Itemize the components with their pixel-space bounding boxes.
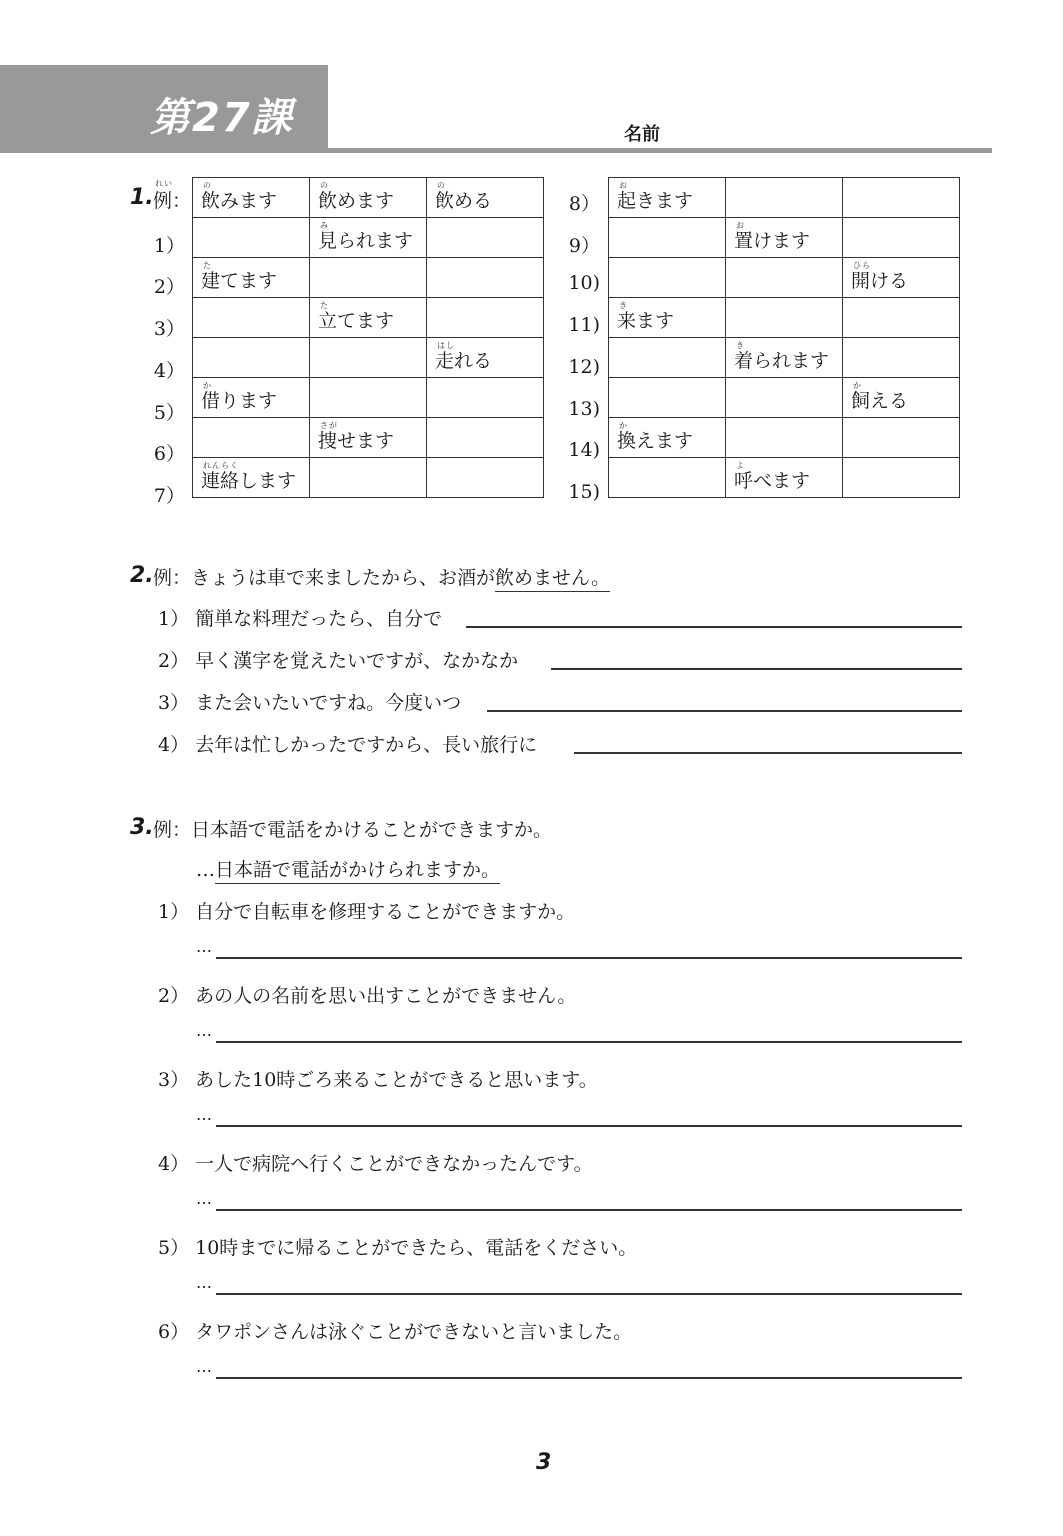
row-number-label: 5） bbox=[135, 398, 185, 425]
table-row: さが捜せます bbox=[193, 418, 544, 458]
row-number-label: 13) bbox=[550, 398, 600, 420]
table-row: み見られます bbox=[193, 218, 544, 258]
cell-text: 飼える bbox=[851, 390, 908, 412]
blank-answer-cell[interactable] bbox=[310, 338, 427, 378]
blank-answer-cell[interactable] bbox=[193, 298, 310, 338]
answer-ellipsis: … bbox=[196, 1357, 212, 1376]
furigana: き bbox=[619, 300, 628, 311]
blank-answer-cell[interactable] bbox=[609, 458, 726, 498]
section2-item: 3） また会いたいですね。今度いつ bbox=[158, 688, 461, 715]
cell-text: 見られます bbox=[318, 230, 413, 252]
blank-answer-cell[interactable] bbox=[726, 178, 843, 218]
table-cell: か飼える bbox=[843, 378, 960, 418]
section1-example-label: 例： bbox=[153, 186, 191, 213]
answer-line[interactable] bbox=[216, 957, 962, 959]
table-row: の飲みますの飲めますの飲める bbox=[193, 178, 544, 218]
table-cell: の飲めます bbox=[310, 178, 427, 218]
row-number-label: 11) bbox=[550, 314, 600, 336]
section2-item: 4） 去年は忙しかったですから、長い旅行に bbox=[158, 730, 537, 757]
table-row: よ呼べます bbox=[609, 458, 960, 498]
table-row: ひら開ける bbox=[609, 258, 960, 298]
table-cell: み見られます bbox=[310, 218, 427, 258]
table-cell: か借ります bbox=[193, 378, 310, 418]
answer-ellipsis: … bbox=[196, 1189, 212, 1208]
conjugation-table-right: お起きますお置けますひら開けるき来ますき着られますか飼えるか換えますよ呼べます bbox=[608, 177, 960, 498]
blank-answer-cell[interactable] bbox=[427, 258, 544, 298]
table-row: き着られます bbox=[609, 338, 960, 378]
answer-line[interactable] bbox=[216, 1293, 962, 1295]
conjugation-table-left: の飲みますの飲めますの飲めるみ見られますた建てますた立てますはし走れるか借ります… bbox=[192, 177, 544, 498]
table-cell: き来ます bbox=[609, 298, 726, 338]
furigana: れんらく bbox=[203, 460, 239, 471]
section2-number: 2. bbox=[130, 563, 154, 588]
header-rule bbox=[328, 148, 992, 153]
cell-text: 起きます bbox=[617, 190, 693, 212]
answer-line[interactable] bbox=[216, 1125, 962, 1127]
row-number-label: 6） bbox=[135, 439, 185, 466]
row-number-label: 1） bbox=[135, 231, 185, 258]
blank-answer-cell[interactable] bbox=[427, 418, 544, 458]
row-number-label: 2） bbox=[135, 272, 185, 299]
answer-line[interactable] bbox=[216, 1377, 962, 1379]
table-cell: き着られます bbox=[726, 338, 843, 378]
blank-answer-cell[interactable] bbox=[726, 258, 843, 298]
furigana: ひら bbox=[853, 260, 871, 271]
row-number-label: 9） bbox=[550, 231, 600, 258]
table-cell: た立てます bbox=[310, 298, 427, 338]
furigana: の bbox=[320, 180, 329, 191]
cell-text: 着られます bbox=[734, 350, 829, 372]
table-cell: ひら開ける bbox=[843, 258, 960, 298]
section2-example-answer: 飲めません。 bbox=[495, 567, 610, 592]
section3-item: 5） 10時までに帰ることができたら、電話をください。 bbox=[158, 1233, 637, 1260]
lesson-title: 第27課 bbox=[150, 86, 294, 143]
blank-answer-cell[interactable] bbox=[427, 378, 544, 418]
table-row: た建てます bbox=[193, 258, 544, 298]
row-number-label: 4） bbox=[135, 356, 185, 383]
table-row: か換えます bbox=[609, 418, 960, 458]
cell-text: 来ます bbox=[617, 310, 674, 332]
furigana: み bbox=[320, 220, 329, 231]
blank-answer-cell[interactable] bbox=[193, 218, 310, 258]
answer-line[interactable] bbox=[551, 668, 962, 670]
blank-answer-cell[interactable] bbox=[310, 458, 427, 498]
table-cell: よ呼べます bbox=[726, 458, 843, 498]
name-label: 名前 bbox=[624, 120, 660, 146]
answer-line[interactable] bbox=[216, 1209, 962, 1211]
cell-text: 開ける bbox=[851, 270, 908, 292]
section2-example: 例：きょうは車で来ましたから、お酒が飲めません。 bbox=[153, 563, 610, 590]
section3-item: 1） 自分で自転車を修理することができますか。 bbox=[158, 897, 575, 924]
blank-answer-cell[interactable] bbox=[310, 258, 427, 298]
cell-text: 換えます bbox=[617, 430, 693, 452]
answer-ellipsis: … bbox=[196, 859, 215, 881]
blank-answer-cell[interactable] bbox=[193, 418, 310, 458]
cell-text: 捜せます bbox=[318, 430, 394, 452]
blank-answer-cell[interactable] bbox=[843, 218, 960, 258]
blank-answer-cell[interactable] bbox=[427, 458, 544, 498]
furigana: はし bbox=[437, 340, 455, 351]
table-cell: の飲める bbox=[427, 178, 544, 218]
table-cell: か換えます bbox=[609, 418, 726, 458]
page-number: 3 bbox=[536, 1450, 551, 1475]
table-cell: た建てます bbox=[193, 258, 310, 298]
table-cell: お起きます bbox=[609, 178, 726, 218]
blank-answer-cell[interactable] bbox=[843, 338, 960, 378]
table-row: か借ります bbox=[193, 378, 544, 418]
row-number-label: 15) bbox=[550, 481, 600, 503]
cell-text: 飲みます bbox=[201, 190, 277, 212]
answer-line[interactable] bbox=[574, 752, 962, 754]
table-cell: の飲みます bbox=[193, 178, 310, 218]
blank-answer-cell[interactable] bbox=[843, 298, 960, 338]
table-row: お置けます bbox=[609, 218, 960, 258]
section2-example-prefix: きょうは車で来ましたから、お酒が bbox=[191, 567, 495, 589]
blank-answer-cell[interactable] bbox=[609, 378, 726, 418]
furigana: か bbox=[853, 380, 862, 391]
blank-answer-cell[interactable] bbox=[310, 378, 427, 418]
furigana: さが bbox=[320, 420, 338, 431]
table-cell: お置けます bbox=[726, 218, 843, 258]
section3-example-answer-text: 日本語で電話がかけられますか。 bbox=[215, 859, 500, 884]
blank-answer-cell[interactable] bbox=[193, 338, 310, 378]
section3-item: 6） タワポンさんは泳ぐことができないと言いました。 bbox=[158, 1317, 632, 1344]
table-cell: はし走れる bbox=[427, 338, 544, 378]
furigana: き bbox=[736, 340, 745, 351]
table-row: はし走れる bbox=[193, 338, 544, 378]
answer-line[interactable] bbox=[466, 626, 962, 628]
blank-answer-cell[interactable] bbox=[726, 378, 843, 418]
section1-number: 1. bbox=[130, 185, 154, 210]
blank-answer-cell[interactable] bbox=[843, 458, 960, 498]
furigana: か bbox=[203, 380, 212, 391]
furigana: お bbox=[736, 220, 745, 231]
furigana: の bbox=[437, 180, 446, 191]
row-number-label: 8） bbox=[550, 189, 600, 216]
table-row: か飼える bbox=[609, 378, 960, 418]
answer-ellipsis: … bbox=[196, 937, 212, 956]
cell-text: 連絡します bbox=[201, 470, 296, 492]
cell-text: 呼べます bbox=[734, 470, 810, 492]
table-row: れんらく連絡します bbox=[193, 458, 544, 498]
blank-answer-cell[interactable] bbox=[843, 418, 960, 458]
section3-item: 4） 一人で病院へ行くことができなかったんです。 bbox=[158, 1149, 593, 1176]
section3-example-question: 例：日本語で電話をかけることができますか。 bbox=[153, 815, 552, 842]
answer-ellipsis: … bbox=[196, 1105, 212, 1124]
table-cell: れんらく連絡します bbox=[193, 458, 310, 498]
furigana: の bbox=[203, 180, 212, 191]
cell-text: 建てます bbox=[201, 270, 277, 292]
section2-example-label: 例： bbox=[153, 567, 191, 589]
section3-item: 2） あの人の名前を思い出すことができません。 bbox=[158, 981, 576, 1008]
answer-line[interactable] bbox=[487, 710, 962, 712]
furigana: よ bbox=[736, 460, 745, 471]
blank-answer-cell[interactable] bbox=[427, 218, 544, 258]
cell-text: 借ります bbox=[201, 390, 277, 412]
table-cell: さが捜せます bbox=[310, 418, 427, 458]
blank-answer-cell[interactable] bbox=[843, 178, 960, 218]
blank-answer-cell[interactable] bbox=[726, 298, 843, 338]
furigana: お bbox=[619, 180, 628, 191]
section3-example-question-text: 日本語で電話をかけることができますか。 bbox=[191, 819, 552, 841]
section3-example-label: 例： bbox=[153, 819, 191, 841]
section3-item: 3） あした10時ごろ来ることができると思います。 bbox=[158, 1065, 598, 1092]
table-row: た立てます bbox=[193, 298, 544, 338]
blank-answer-cell[interactable] bbox=[726, 418, 843, 458]
blank-answer-cell[interactable] bbox=[609, 258, 726, 298]
blank-answer-cell[interactable] bbox=[427, 298, 544, 338]
cell-text: 走れる bbox=[435, 350, 492, 372]
table-row: き来ます bbox=[609, 298, 960, 338]
row-number-label: 7） bbox=[135, 481, 185, 508]
furigana: か bbox=[619, 420, 628, 431]
answer-ellipsis: … bbox=[196, 1021, 212, 1040]
cell-text: 立てます bbox=[318, 310, 394, 332]
furigana: た bbox=[203, 260, 212, 271]
row-number-label: 3） bbox=[135, 314, 185, 341]
answer-line[interactable] bbox=[216, 1041, 962, 1043]
blank-answer-cell[interactable] bbox=[609, 218, 726, 258]
cell-text: 飲める bbox=[435, 190, 492, 212]
row-number-label: 10) bbox=[550, 272, 600, 294]
section3-number: 3. bbox=[130, 815, 154, 840]
blank-answer-cell[interactable] bbox=[609, 338, 726, 378]
row-number-label: 14) bbox=[550, 439, 600, 461]
cell-text: 置けます bbox=[734, 230, 810, 252]
answer-ellipsis: … bbox=[196, 1273, 212, 1292]
table-row: お起きます bbox=[609, 178, 960, 218]
section3-example-answer: …日本語で電話がかけられますか。 bbox=[196, 855, 500, 882]
cell-text: 飲めます bbox=[318, 190, 394, 212]
section2-item: 1） 簡単な料理だったら、自分で bbox=[158, 604, 442, 631]
row-number-label: 12) bbox=[550, 356, 600, 378]
section2-item: 2） 早く漢字を覚えたいですが、なかなか bbox=[158, 646, 518, 673]
furigana: た bbox=[320, 300, 329, 311]
